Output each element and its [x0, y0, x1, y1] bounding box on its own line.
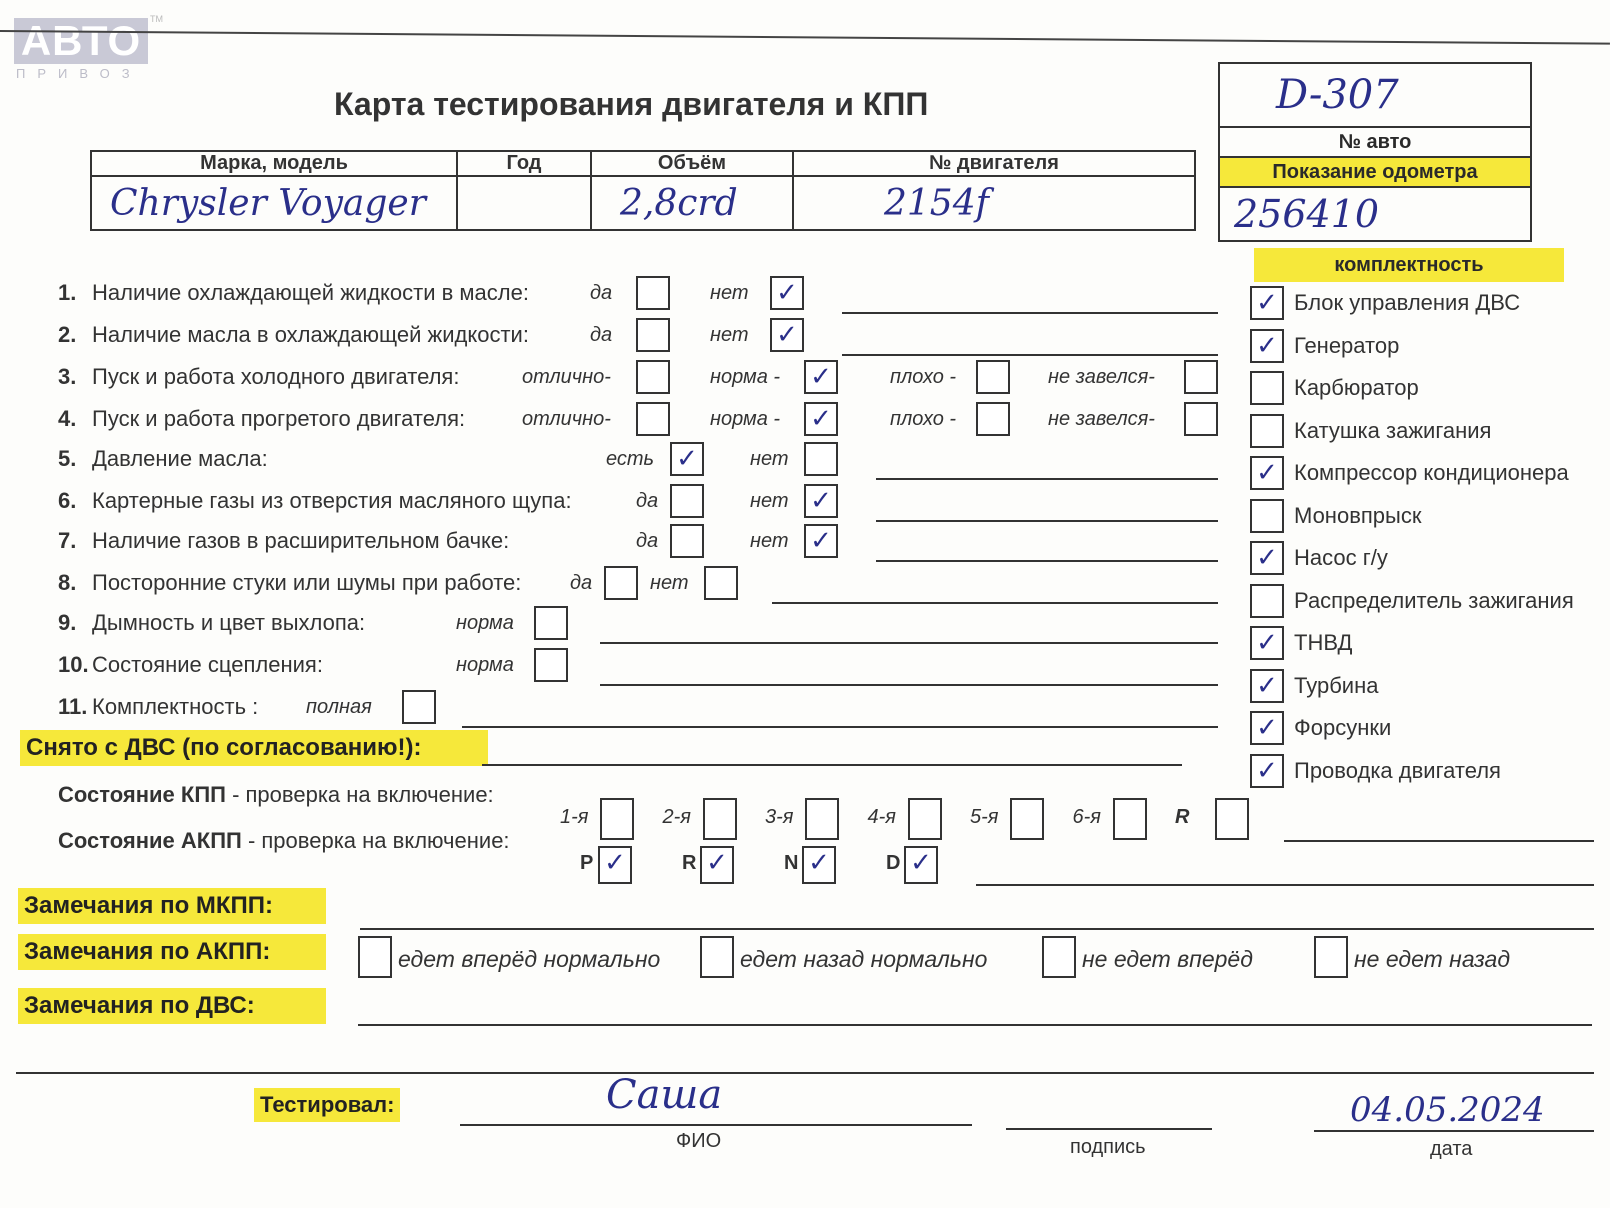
engine-number-field[interactable]: 2154f	[793, 176, 1195, 230]
option-checkbox[interactable]	[704, 566, 738, 600]
option-label: да	[570, 572, 592, 595]
name-caption: ФИО	[676, 1130, 721, 1153]
akpp-note-line[interactable]	[976, 884, 1594, 886]
signature-caption: подпись	[1070, 1136, 1146, 1159]
option-checkbox[interactable]	[670, 524, 704, 558]
name-line	[460, 1124, 972, 1126]
kpp-gear-label: 2-я	[663, 806, 691, 829]
check-number: 7.	[58, 528, 76, 554]
akpp-remark-label: едет назад нормально	[740, 946, 987, 973]
completeness-item-label: Блок управления ДВС	[1294, 290, 1520, 316]
check-number: 3.	[58, 364, 76, 390]
tested-label: Тестировал:	[254, 1088, 400, 1122]
completeness-item-label: Форсунки	[1294, 715, 1391, 741]
completeness-checkbox[interactable]	[1250, 584, 1284, 618]
check-label: Давление масла:	[92, 446, 268, 472]
option-label: отлично-	[522, 366, 611, 389]
completeness-title: комплектность	[1254, 248, 1564, 282]
note-line[interactable]	[876, 520, 1218, 522]
check-label: Комплектность :	[92, 694, 258, 720]
akpp-label-bold: Состояние АКПП	[58, 828, 242, 853]
akpp-gear-checkbox[interactable]: ✓	[802, 846, 836, 884]
note-line[interactable]	[842, 312, 1218, 314]
kpp-gear-checkbox[interactable]	[703, 798, 737, 840]
trademark: TM	[150, 14, 163, 24]
remarks-dvs-line[interactable]	[358, 1024, 1592, 1026]
completeness-checkbox[interactable]: ✓	[1250, 456, 1284, 490]
completeness-checkbox[interactable]: ✓	[1250, 541, 1284, 575]
akpp-remark-label: не едет вперёд	[1082, 946, 1253, 973]
option-checkbox[interactable]	[534, 606, 568, 640]
option-checkbox[interactable]: ✓	[804, 402, 838, 436]
akpp-remark-checkbox[interactable]	[358, 936, 392, 978]
option-checkbox[interactable]	[636, 360, 670, 394]
option-checkbox[interactable]	[670, 484, 704, 518]
completeness-checkbox[interactable]: ✓	[1250, 286, 1284, 320]
kpp-gear-checkbox[interactable]	[805, 798, 839, 840]
completeness-item-label: Генератор	[1294, 333, 1399, 359]
akpp-remark-checkbox[interactable]	[700, 936, 734, 978]
completeness-item-label: Распределитель зажигания	[1294, 588, 1574, 614]
option-label: плохо -	[890, 366, 956, 389]
signature-line[interactable]	[1006, 1128, 1212, 1130]
completeness-item-label: Карбюратор	[1294, 375, 1419, 401]
option-checkbox[interactable]: ✓	[804, 524, 838, 558]
date-field[interactable]: 04.05.2024	[1350, 1090, 1545, 1130]
option-label: норма	[456, 612, 514, 635]
completeness-checkbox[interactable]	[1250, 414, 1284, 448]
option-label: есть	[606, 448, 654, 471]
check-number: 4.	[58, 406, 76, 432]
kpp-gear-label: 5-я	[970, 806, 998, 829]
completeness-checkbox[interactable]: ✓	[1250, 329, 1284, 363]
option-label: нет	[710, 282, 749, 305]
check-label: Пуск и работа прогретого двигателя:	[92, 406, 465, 432]
kpp-label-rest: - проверка на включение:	[226, 782, 494, 807]
option-label: да	[636, 490, 658, 513]
header-volume: Объём	[591, 151, 793, 176]
completeness-checkbox[interactable]: ✓	[1250, 754, 1284, 788]
option-checkbox[interactable]: ✓	[770, 276, 804, 310]
check-number: 9.	[58, 610, 76, 636]
completeness-item-label: Моновпрыск	[1294, 503, 1421, 529]
remarks-mkpp-line[interactable]	[360, 928, 1594, 930]
akpp-gear-label: P	[580, 852, 593, 875]
kpp-gear-checkbox[interactable]	[908, 798, 942, 840]
check-label: Дымность и цвет выхлопа:	[92, 610, 365, 636]
option-label: не завелся-	[1048, 366, 1155, 389]
completeness-item-label: Насос г/у	[1294, 545, 1388, 571]
akpp-gear-label: D	[886, 852, 900, 875]
completeness-checkbox[interactable]	[1250, 499, 1284, 533]
logo: АВТО	[14, 18, 148, 64]
option-label: отлично-	[522, 408, 611, 431]
check-label: Пуск и работа холодного двигателя:	[92, 364, 459, 390]
completeness-item-label: Компрессор кондиционера	[1294, 460, 1569, 486]
option-checkbox[interactable]	[976, 360, 1010, 394]
option-label: не завелся-	[1048, 408, 1155, 431]
odometer-field[interactable]: 256410	[1220, 188, 1530, 240]
option-checkbox[interactable]	[1184, 360, 1218, 394]
option-label: да	[590, 282, 612, 305]
option-checkbox[interactable]: ✓	[804, 484, 838, 518]
kpp-gear-label: R	[1175, 806, 1189, 829]
completeness-item-label: Турбина	[1294, 673, 1378, 699]
completeness-item-label: Проводка двигателя	[1294, 758, 1501, 784]
remarks-mkpp-label: Замечания по МКПП:	[18, 888, 326, 924]
date-caption: дата	[1430, 1138, 1472, 1161]
option-label: нет	[750, 490, 789, 513]
akpp-gear-checkbox[interactable]: ✓	[700, 846, 734, 884]
option-checkbox[interactable]	[804, 442, 838, 476]
kpp-gear-checkbox[interactable]	[600, 798, 634, 840]
check-label: Наличие масла в охлаждающей жидкости:	[92, 322, 529, 348]
removed-label: Снято с ДВС (по согласованию!):	[20, 730, 488, 766]
bottom-divider	[16, 1072, 1594, 1074]
check-label: Наличие охлаждающей жидкости в масле:	[92, 280, 529, 306]
akpp-remark-label: не едет назад	[1354, 946, 1510, 973]
kpp-gear-checkbox[interactable]	[1113, 798, 1147, 840]
akpp-remark-checkbox[interactable]	[1042, 936, 1076, 978]
vehicle-number-label: № авто	[1220, 128, 1530, 158]
completeness-checkbox[interactable]: ✓	[1250, 626, 1284, 660]
option-label: нет	[650, 572, 689, 595]
odometer-label: Показание одометра	[1220, 158, 1530, 188]
kpp-gear-checkbox[interactable]	[1215, 798, 1249, 840]
note-line[interactable]	[462, 726, 1218, 728]
kpp-gear-label: 3-я	[765, 806, 793, 829]
option-checkbox[interactable]	[976, 402, 1010, 436]
akpp-gear-checkbox[interactable]: ✓	[598, 846, 632, 884]
note-line[interactable]	[842, 354, 1218, 356]
completeness-checkbox[interactable]: ✓	[1250, 669, 1284, 703]
note-line[interactable]	[600, 642, 1218, 644]
akpp-label: Состояние АКПП - проверка на включение:	[58, 828, 510, 854]
top-divider	[0, 30, 1610, 45]
check-number: 1.	[58, 280, 76, 306]
kpp-label: Состояние КПП - проверка на включение:	[58, 782, 494, 808]
akpp-remark-checkbox[interactable]	[1314, 936, 1348, 978]
check-number: 6.	[58, 488, 76, 514]
option-label: да	[636, 530, 658, 553]
check-number: 8.	[58, 570, 76, 596]
check-number: 10.	[58, 652, 89, 678]
option-checkbox[interactable]	[534, 648, 568, 682]
completeness-checkbox[interactable]	[1250, 371, 1284, 405]
vehicle-id-box: D-307 № авто Показание одометра 256410	[1218, 62, 1532, 242]
option-checkbox[interactable]	[604, 566, 638, 600]
vehicle-table: Марка, модель Год Объём № двигателя Chry…	[90, 150, 1196, 231]
option-label: норма -	[710, 408, 780, 431]
kpp-note-line[interactable]	[1284, 840, 1594, 842]
kpp-gear-label: 4-я	[868, 806, 896, 829]
kpp-gear-label: 6-я	[1073, 806, 1101, 829]
completeness-item-label: ТНВД	[1294, 630, 1352, 656]
vehicle-number-field[interactable]: D-307	[1220, 64, 1530, 128]
kpp-gear-checkbox[interactable]	[1010, 798, 1044, 840]
option-checkbox[interactable]	[636, 276, 670, 310]
year-field[interactable]	[457, 176, 591, 230]
check-label: Посторонние стуки или шумы при работе:	[92, 570, 521, 596]
option-checkbox[interactable]	[636, 402, 670, 436]
option-checkbox[interactable]: ✓	[804, 360, 838, 394]
option-checkbox[interactable]	[1184, 402, 1218, 436]
option-label: плохо -	[890, 408, 956, 431]
note-line[interactable]	[600, 684, 1218, 686]
note-line[interactable]	[876, 478, 1218, 480]
kpp-label-bold: Состояние КПП	[58, 782, 226, 807]
logo-subtitle: ПРИВОЗ	[16, 66, 142, 81]
page-title: Карта тестирования двигателя и КПП	[334, 86, 928, 123]
akpp-label-rest: - проверка на включение:	[242, 828, 510, 853]
header-make-model: Марка, модель	[91, 151, 457, 176]
option-checkbox[interactable]	[402, 690, 436, 724]
option-label: норма -	[710, 366, 780, 389]
option-label: нет	[710, 324, 749, 347]
note-line[interactable]	[876, 560, 1218, 562]
akpp-gear-label: N	[784, 852, 798, 875]
kpp-gear-label: 1-я	[560, 806, 588, 829]
header-engine-number: № двигателя	[793, 151, 1195, 176]
option-label: норма	[456, 654, 514, 677]
check-number: 11.	[58, 694, 87, 720]
option-label: нет	[750, 448, 789, 471]
remarks-dvs-label: Замечания по ДВС:	[18, 988, 326, 1024]
option-checkbox[interactable]	[636, 318, 670, 352]
check-number: 2.	[58, 322, 76, 348]
note-line[interactable]	[772, 602, 1218, 604]
removed-line[interactable]	[482, 764, 1182, 766]
completeness-item-label: Катушка зажигания	[1294, 418, 1491, 444]
tester-name[interactable]: Саша	[606, 1072, 722, 1118]
option-label: полная	[306, 696, 372, 719]
volume-field[interactable]: 2,8crd	[591, 176, 793, 230]
akpp-remark-label: едет вперёд нормально	[398, 946, 660, 973]
remarks-akpp-label: Замечания по АКПП:	[18, 934, 326, 970]
date-line	[1314, 1130, 1594, 1132]
check-label: Наличие газов в расширительном бачке:	[92, 528, 509, 554]
akpp-gear-checkbox[interactable]: ✓	[904, 846, 938, 884]
option-checkbox[interactable]: ✓	[670, 442, 704, 476]
header-year: Год	[457, 151, 591, 176]
completeness-checkbox[interactable]: ✓	[1250, 711, 1284, 745]
akpp-gear-label: R	[682, 852, 696, 875]
make-model-field[interactable]: Chrysler Voyager	[91, 176, 457, 230]
check-number: 5.	[58, 446, 76, 472]
option-checkbox[interactable]: ✓	[770, 318, 804, 352]
check-label: Состояние сцепления:	[92, 652, 323, 678]
check-label: Картерные газы из отверстия масляного щу…	[92, 488, 572, 514]
option-label: нет	[750, 530, 789, 553]
option-label: да	[590, 324, 612, 347]
